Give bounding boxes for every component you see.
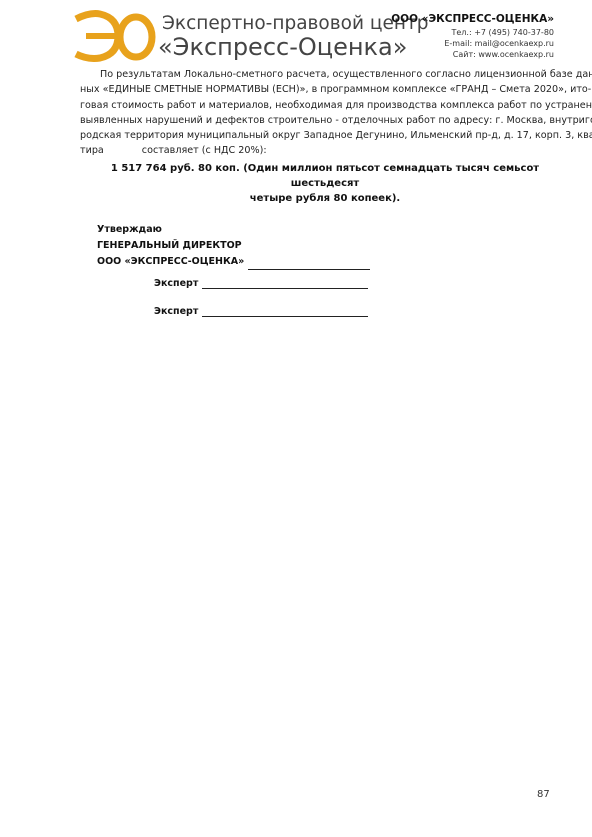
expert-2-signature-line: [202, 306, 368, 317]
paragraph-line: ных «ЕДИНЫЕ СМЕТНЫЕ НОРМАТИВЫ (ЕСН)», в …: [80, 82, 549, 97]
site-text: Сайт: www.ocenkaexp.ru: [391, 49, 554, 60]
paragraph-line: тирасоставляет (с НДС 20%):: [80, 143, 549, 158]
email-text: E-mail: mail@ocenkaexp.ru: [391, 38, 554, 49]
company-label: ООО «ЭКСПРЕСС-ОЦЕНКА»: [97, 254, 244, 270]
paragraph-last-end: составляет (с НДС 20%):: [142, 145, 267, 156]
expert-2-signature-row: Эксперт: [154, 306, 368, 317]
company-name: ООО «ЭКСПРЕСС-ОЦЕНКА»: [391, 13, 554, 25]
page-number: 87: [537, 789, 550, 800]
brand-title-line2: «Экспресс-Оценка»: [158, 33, 407, 61]
paragraph-line: По результатам Локально-сметного расчета…: [80, 67, 549, 82]
total-amount: 1 517 764 руб. 80 коп. (Один миллион пят…: [90, 161, 560, 206]
estimate-paragraph: По результатам Локально-сметного расчета…: [80, 67, 549, 159]
director-signature-line: [248, 259, 370, 270]
position-label: ГЕНЕРАЛЬНЫЙ ДИРЕКТОР: [97, 238, 370, 254]
director-signature-row: ООО «ЭКСПРЕСС-ОЦЕНКА»: [97, 254, 370, 270]
expert-1-signature-row: Эксперт: [154, 278, 368, 289]
approve-label: Утверждаю: [97, 222, 370, 238]
phone-text: Тел.: +7 (495) 740-37-80: [391, 27, 554, 38]
amount-line-1: 1 517 764 руб. 80 коп. (Один миллион пят…: [90, 161, 560, 191]
paragraph-line: родская территория муниципальный округ З…: [80, 128, 549, 143]
paragraph-line: выявленных нарушений и дефектов строител…: [80, 113, 549, 128]
paragraph-line: говая стоимость работ и материалов, необ…: [80, 98, 549, 113]
paragraph-last-start: тира: [80, 145, 104, 156]
amount-line-2: четыре рубля 80 копеек).: [90, 191, 560, 206]
company-logo-icon: [72, 10, 156, 62]
expert-1-label: Эксперт: [154, 278, 198, 289]
approval-block: Утверждаю ГЕНЕРАЛЬНЫЙ ДИРЕКТОР ООО «ЭКСП…: [97, 222, 370, 270]
contacts-block: ООО «ЭКСПРЕСС-ОЦЕНКА» Тел.: +7 (495) 740…: [391, 13, 554, 60]
brand-title-line1: Экспертно-правовой центр: [162, 13, 428, 34]
expert-1-signature-line: [202, 278, 368, 289]
expert-2-label: Эксперт: [154, 306, 198, 317]
